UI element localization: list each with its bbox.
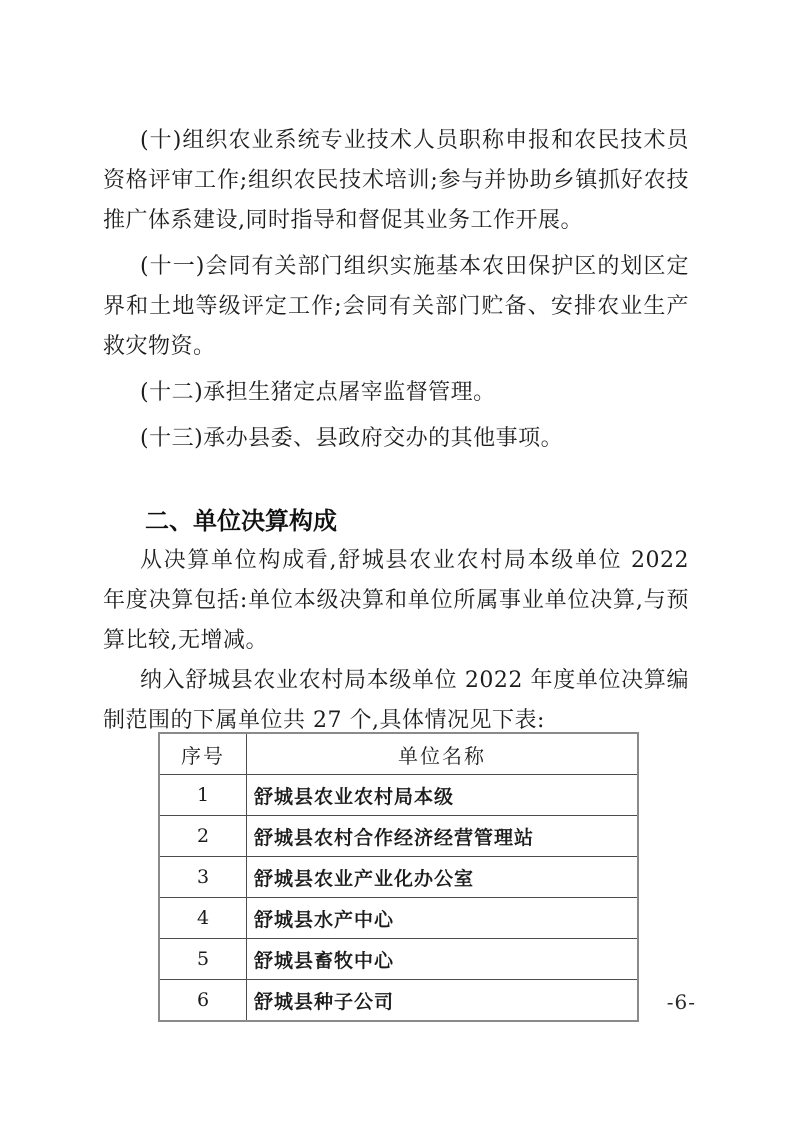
unit-name-cell: 舒城县农业产业化办公室	[247, 857, 639, 898]
unit-name-cell: 舒城县水产中心	[247, 898, 639, 939]
table-row: 3 舒城县农业产业化办公室	[159, 857, 638, 898]
duty-paragraph-12: (十二)承担生猪定点屠宰监督管理。	[103, 373, 689, 413]
serial-number-cell: 5	[159, 939, 247, 980]
page-number: -6-	[667, 990, 696, 1014]
duty-paragraph-10: (十)组织农业系统专业技术人员职称申报和农民技术员资格评审工作;组织农民技术培训…	[103, 121, 689, 241]
document-page: (十)组织农业系统专业技术人员职称申报和农民技术员资格评审工作;组织农民技术培训…	[0, 0, 793, 1122]
units-table: 序号 单位名称 1 舒城县农业农村局本级 2 舒城县农村合作经济经营管理站 3 …	[158, 732, 639, 1022]
duty-paragraph-13: (十三)承办县委、县政府交办的其他事项。	[103, 419, 689, 459]
table-row: 2 舒城县农村合作经济经营管理站	[159, 816, 638, 857]
serial-number-cell: 4	[159, 898, 247, 939]
duty-paragraph-11: (十一)会同有关部门组织实施基本农田保护区的划区定界和土地等级评定工作;会同有关…	[103, 247, 689, 367]
table-row: 4 舒城县水产中心	[159, 898, 638, 939]
document-content: (十)组织农业系统专业技术人员职称申报和农民技术员资格评审工作;组织农民技术培训…	[103, 121, 689, 1022]
serial-number-cell: 6	[159, 980, 247, 1022]
section-heading: 二、单位决算构成	[103, 501, 689, 541]
unit-name-cell: 舒城县畜牧中心	[247, 939, 639, 980]
serial-number-cell: 1	[159, 775, 247, 816]
unit-name-cell: 舒城县种子公司	[247, 980, 639, 1022]
unit-name-cell: 舒城县农村合作经济经营管理站	[247, 816, 639, 857]
section-paragraph-composition: 从决算单位构成看,舒城县农业农村局本级单位 2022 年度决算包括:单位本级决算…	[103, 541, 689, 661]
section-paragraph-scope: 纳入舒城县农业农村局本级单位 2022 年度单位决算编制范围的下属单位共 27 …	[103, 661, 689, 741]
table-row: 1 舒城县农业农村局本级	[159, 775, 638, 816]
table-row: 5 舒城县畜牧中心	[159, 939, 638, 980]
unit-name-cell: 舒城县农业农村局本级	[247, 775, 639, 816]
serial-number-cell: 3	[159, 857, 247, 898]
serial-number-cell: 2	[159, 816, 247, 857]
table-row: 6 舒城县种子公司	[159, 980, 638, 1022]
